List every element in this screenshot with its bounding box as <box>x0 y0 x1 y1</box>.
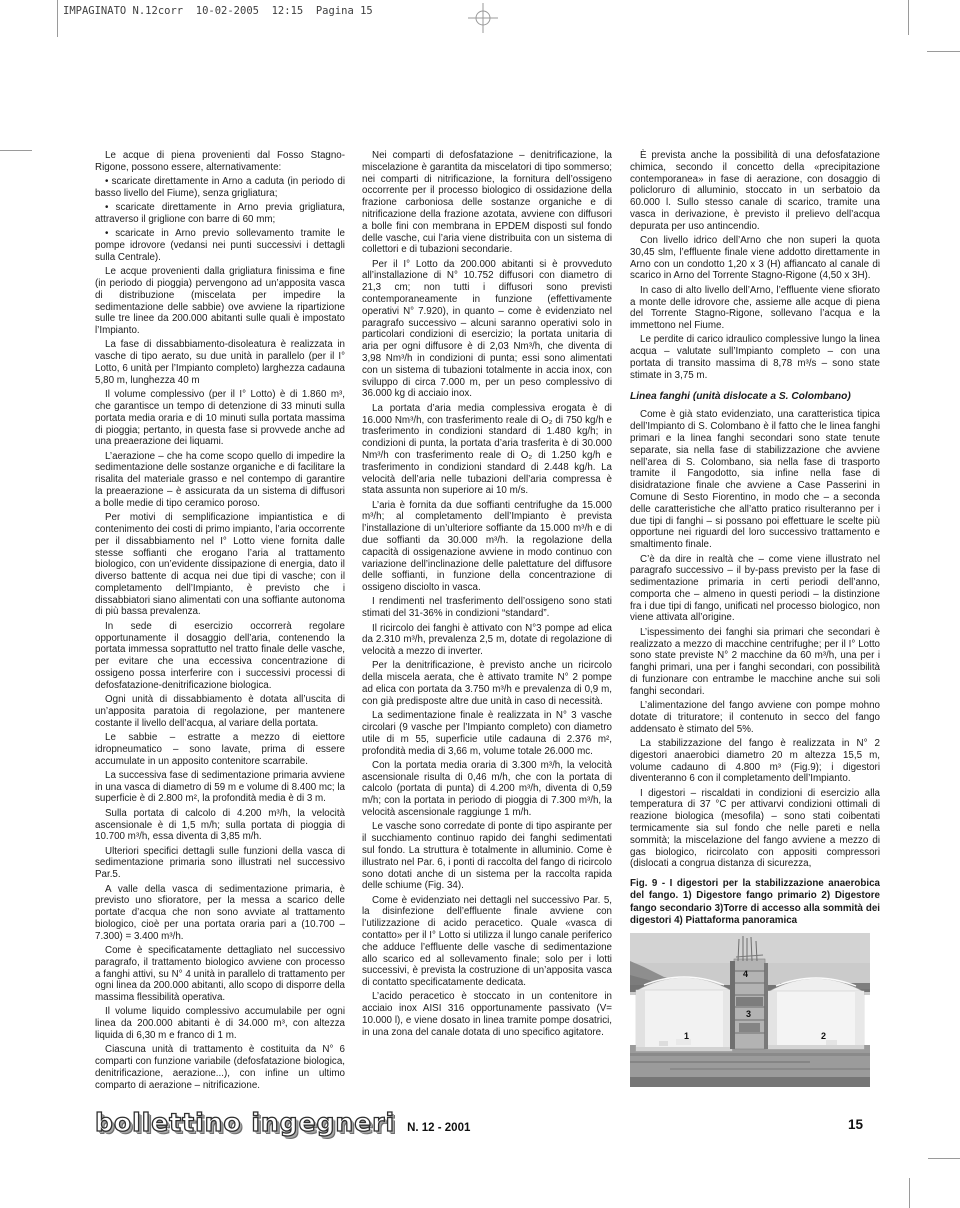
crop-mark <box>0 150 32 151</box>
paragraph: La stabilizzazione del fango è realizzat… <box>630 738 880 785</box>
paragraph: Le sabbie – estratte a mezzo di eiettore… <box>95 732 345 767</box>
figure-label-2: 2 <box>821 1031 826 1041</box>
paragraph: In sede di esercizio occorrerà regolare … <box>95 621 345 692</box>
paragraph: L’alimentazione del fango avviene con po… <box>630 700 880 735</box>
bullet-item: • scaricate direttamente in Arno a cadut… <box>95 176 345 200</box>
figure-label-4: 4 <box>743 969 748 979</box>
figure-label-3: 3 <box>746 1009 751 1019</box>
paragraph: L’aria è fornita da due soffianti centri… <box>362 500 612 594</box>
paragraph: Le vasche sono corredate di ponte di tip… <box>362 821 612 892</box>
section-heading: Linea fanghi (unità dislocate a S. Colom… <box>630 391 880 403</box>
crop-mark <box>928 1158 960 1159</box>
paragraph: Come è specificatamente dettagliato nel … <box>95 945 345 1004</box>
paragraph: In caso di alto livello dell’Arno, l’eff… <box>630 285 880 332</box>
figure-photo: 1 2 3 4 <box>630 933 870 1087</box>
paragraph: Il ricircolo dei fanghi è attivato con N… <box>362 623 612 658</box>
paragraph: C’è da dire in realtà che – come viene i… <box>630 554 880 625</box>
paragraph: Nei comparti di defosfatazione – denitri… <box>362 150 612 256</box>
bullet-item: • scaricate direttamente in Arno previa … <box>95 202 345 226</box>
paragraph: Per la denitrificazione, è previsto anch… <box>362 660 612 707</box>
paragraph: Sulla portata di calcolo di 4.200 m³/h, … <box>95 808 345 843</box>
magazine-logo: bollettino ingegneri <box>95 1108 395 1137</box>
crop-mark <box>927 51 960 52</box>
crop-mark <box>909 1178 910 1208</box>
paragraph: Come è già stato evidenziato, una caratt… <box>630 409 880 551</box>
paragraph: Il volume complessivo (per il I° Lotto) … <box>95 389 345 448</box>
paragraph: L’ispessimento dei fanghi sia primari ch… <box>630 627 880 698</box>
paragraph: La successiva fase di sedimentazione pri… <box>95 770 345 805</box>
bullet-item: • scaricate in Arno previo sollevamento … <box>95 228 345 263</box>
paragraph: L’acido peracetico è stoccato in un cont… <box>362 991 612 1038</box>
crop-mark <box>57 0 58 37</box>
paragraph: Le perdite di carico idraulico complessi… <box>630 334 880 381</box>
paragraph: I rendimenti nel trasferimento dell’ossi… <box>362 596 612 620</box>
paragraph: La fase di dissabbiamento-disoleatura è … <box>95 339 345 386</box>
crop-mark <box>908 0 909 35</box>
paragraph: Per motivi di semplificazione impiantist… <box>95 512 345 618</box>
issue-number: N. 12 - 2001 <box>407 1122 470 1134</box>
magazine-page: IMPAGINATO N.12corr 10-02-2005 12:15 Pag… <box>0 0 960 1208</box>
paragraph: Ciascuna unità di trattamento è costitui… <box>95 1044 345 1091</box>
paragraph: Ogni unità di dissabbiamento è dotata al… <box>95 694 345 729</box>
print-slug: IMPAGINATO N.12corr 10-02-2005 12:15 Pag… <box>63 5 373 17</box>
registration-mark-icon <box>466 1 500 35</box>
paragraph: L’aerazione – che ha come scopo quello d… <box>95 451 345 510</box>
page-number: 15 <box>848 1117 863 1132</box>
paragraph: Le acque di piena provenienti dal Fosso … <box>95 150 345 174</box>
footer: bollettino ingegneri N. 12 - 2001 <box>95 1108 470 1137</box>
paragraph: I digestori – riscaldati in condizioni d… <box>630 788 880 871</box>
paragraph: A valle della vasca di sedimentazione pr… <box>95 884 345 943</box>
paragraph: Per il I° Lotto da 200.000 abitanti si è… <box>362 259 612 401</box>
paragraph: Con la portata media oraria di 3.300 m³/… <box>362 760 612 819</box>
paragraph: È prevista anche la possibilità di una d… <box>630 150 880 233</box>
figure-label-1: 1 <box>684 1031 689 1041</box>
column-left: Le acque di piena provenienti dal Fosso … <box>95 150 345 1094</box>
paragraph: Il volume liquido complessivo accumulabi… <box>95 1006 345 1041</box>
paragraph: Ulteriori specifici dettagli sulle funzi… <box>95 846 345 881</box>
paragraph: La portata d’aria media complessiva erog… <box>362 403 612 497</box>
paragraph: La sedimentazione finale è realizzata in… <box>362 710 612 757</box>
paragraph: Con livello idrico dell’Arno che non sup… <box>630 235 880 282</box>
figure-caption: Fig. 9 - I digestori per la stabilizzazi… <box>630 878 880 927</box>
column-right: È prevista anche la possibilità di una d… <box>630 150 880 1087</box>
paragraph: Le acque provenienti dalla grigliatura f… <box>95 266 345 337</box>
digesters-photo-illustration: 1 2 3 4 <box>630 933 870 1087</box>
paragraph: Come è evidenziato nei dettagli nel succ… <box>362 895 612 989</box>
column-middle: Nei comparti di defosfatazione – denitri… <box>362 150 612 1041</box>
